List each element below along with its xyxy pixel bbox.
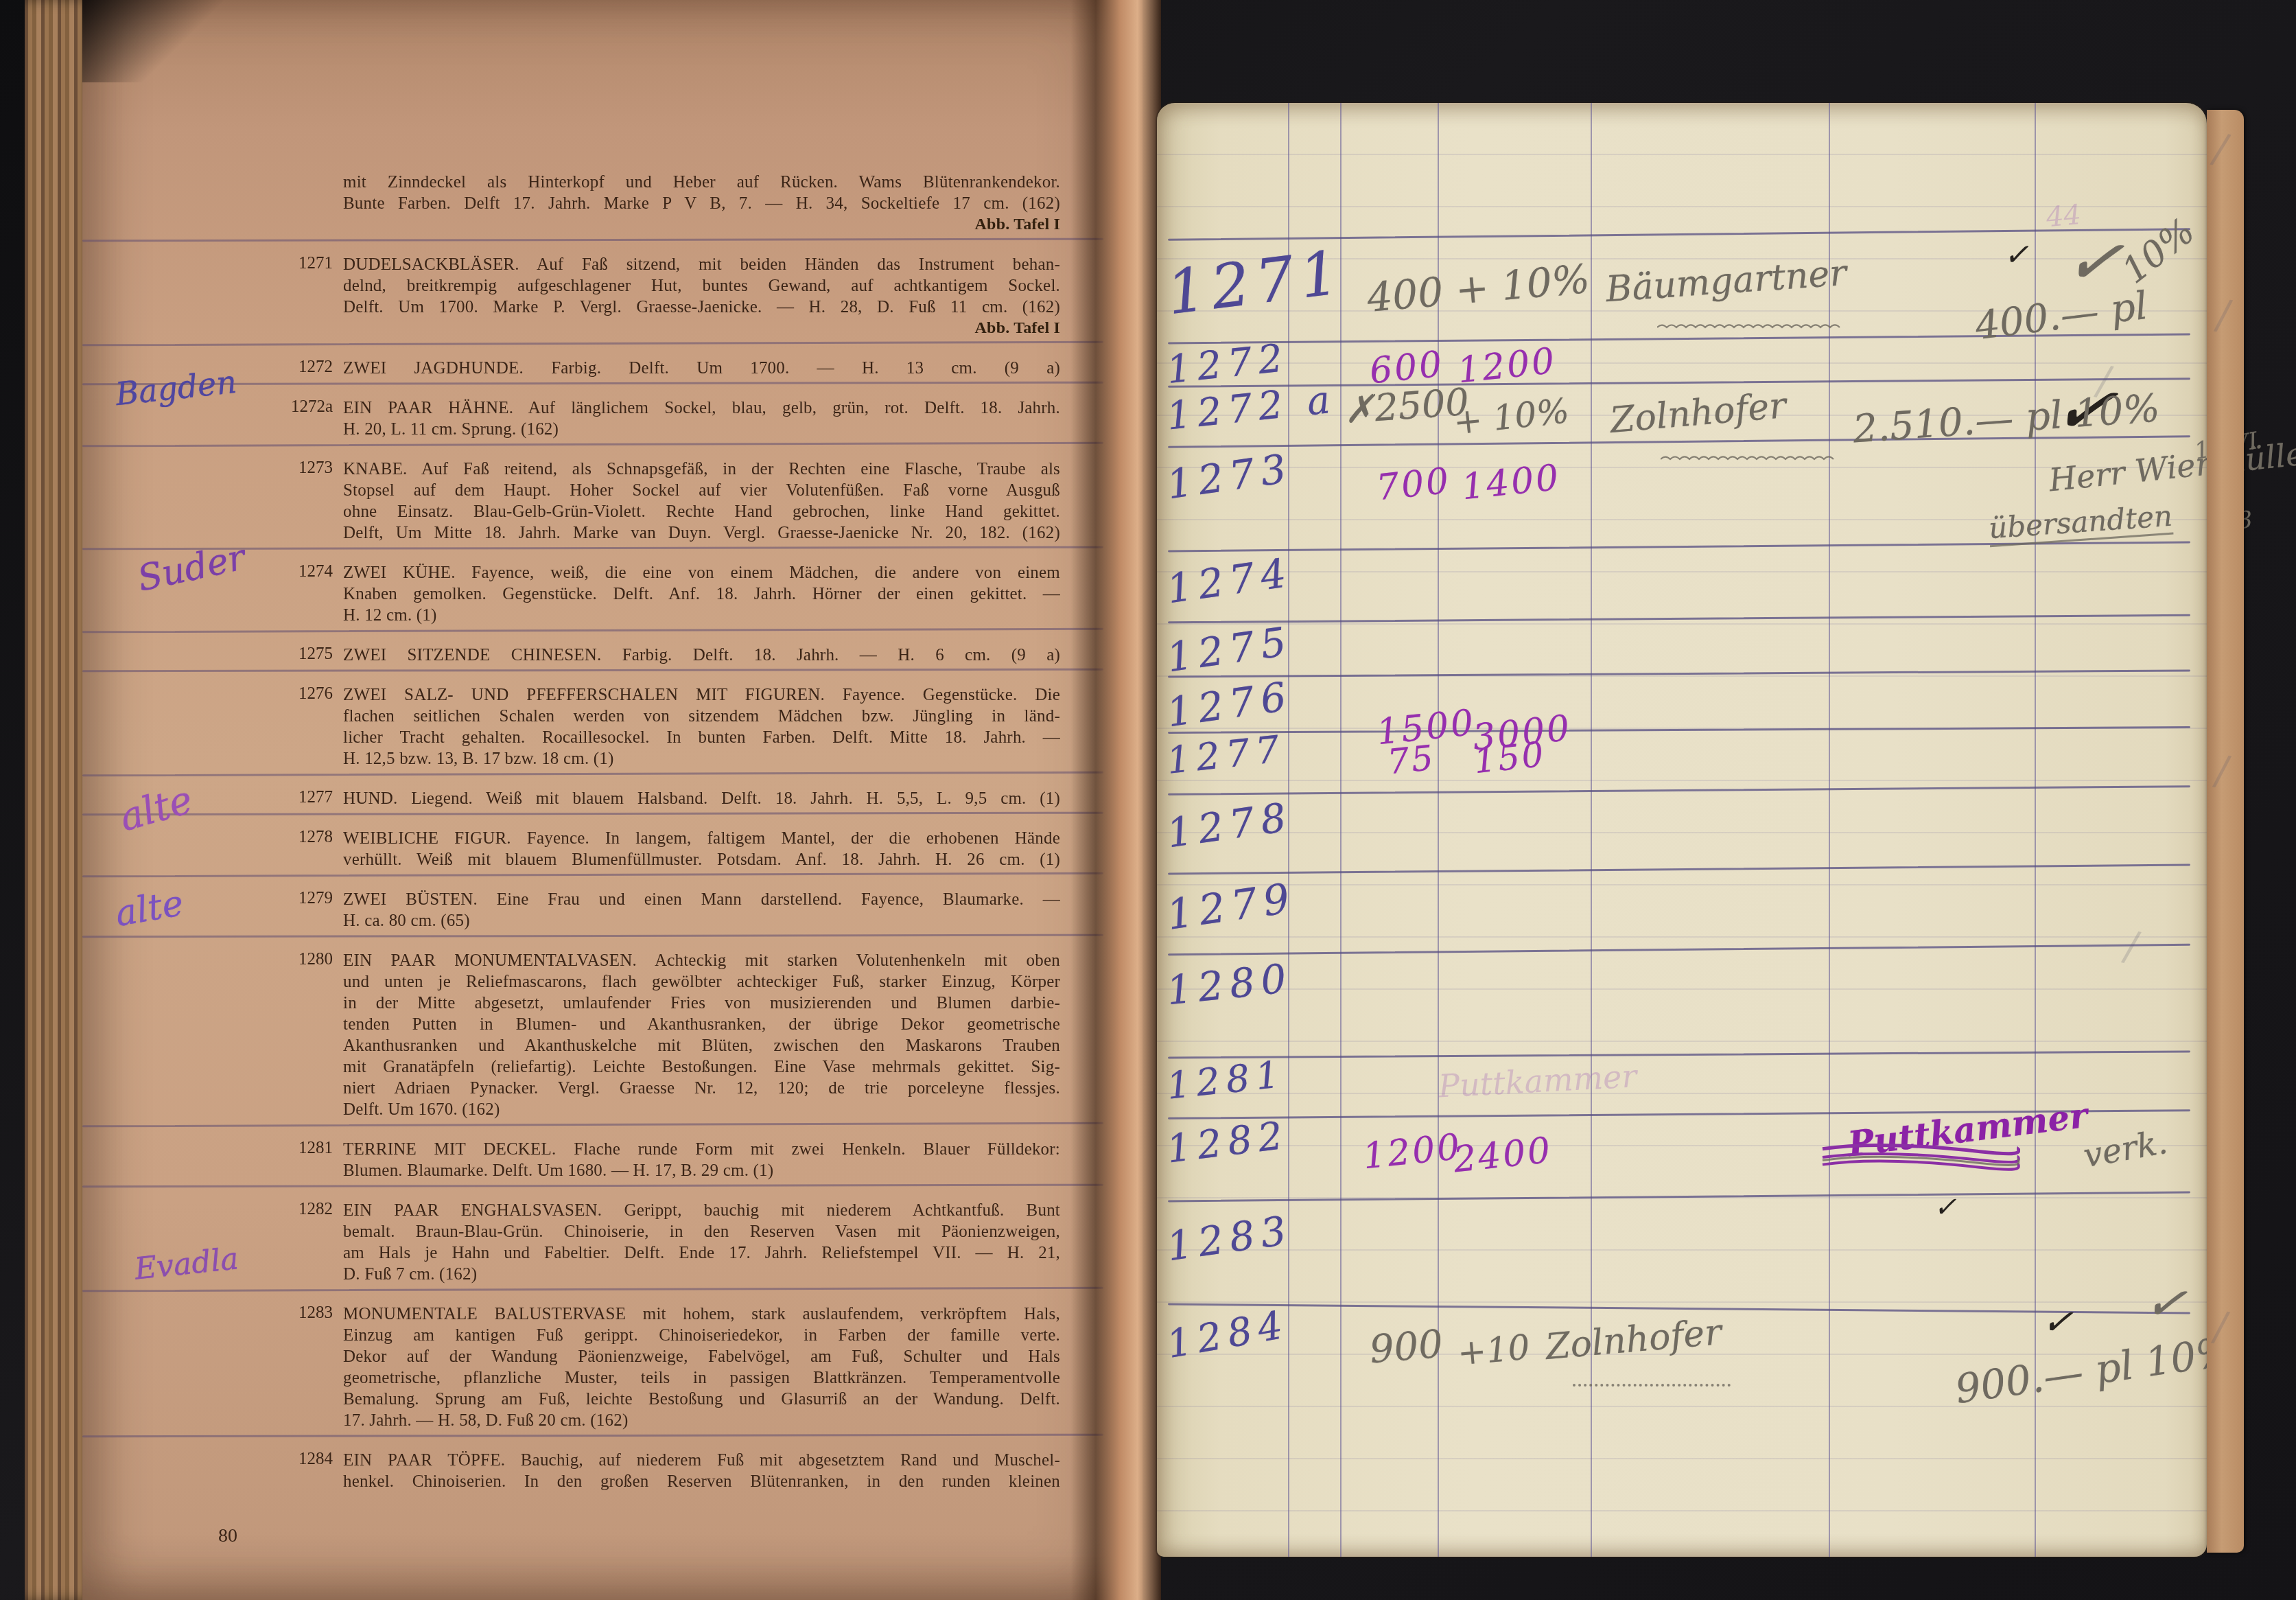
entry-line: H. 12,5 bzw. 13, B. 17 bzw. 18 cm. (1) [343, 748, 1060, 769]
entry-separator-line [82, 442, 1103, 448]
entry-line: WEIBLICHE FIGUR. Fayence. In langem, fal… [343, 828, 1060, 849]
entry-line: licher Tracht gehalten. Rocaillesockel. … [343, 727, 1060, 748]
wavy-underline [1657, 321, 1842, 334]
entry-number: 1272a [263, 397, 333, 417]
handwritten-checkmark-icon: ✓ [1934, 1192, 1957, 1223]
entry-number: 1280 [263, 950, 333, 969]
catalog-page: mit Zinndeckel als Hinterkopf und Heber … [82, 0, 1143, 1600]
entry-line: mit Granatäpfeln (reliefartig). Leichte … [343, 1056, 1060, 1078]
entry-number: 1274 [263, 562, 333, 581]
ledger-row-number: 1271 [1163, 237, 1349, 329]
bleed-through-mark: / [2120, 922, 2143, 972]
entry-line: delnd, breitkrempig aufgeschlagener Hut,… [343, 275, 1060, 297]
entry-line: ohne Einsatz. Blau-Gelb-Grün-Violett. Re… [343, 501, 1060, 522]
bleed-through-mark: / [2211, 746, 2233, 796]
ledger-row-number: 1273 [1164, 445, 1295, 509]
ledger-annotation: + 10% [1451, 391, 1571, 442]
entry-line: ZWEI KÜHE. Fayence, weiß, die eine von e… [343, 562, 1060, 583]
ledger-row-separator [1168, 1050, 2190, 1058]
margin-note: alte [115, 778, 198, 841]
ledger-row-number: 1276 [1164, 673, 1295, 737]
ledger-row-number: 1284 [1164, 1302, 1292, 1367]
entry-separator-line [82, 1434, 1103, 1438]
margin-note: Suder [134, 537, 248, 600]
next-page-edge: //// [2207, 110, 2244, 1553]
entry-separator-line [82, 669, 1103, 673]
entry-line: Akanthusranken und Akanthuskelche mit Bl… [343, 1035, 1060, 1056]
ledger-row-number: 1282 [1164, 1113, 1291, 1172]
entry-number: 1281 [263, 1139, 333, 1158]
entry-line: Dekor auf der Wandung Päonienzweige, Fab… [343, 1346, 1060, 1367]
entry-line: EIN PAAR MONUMENTALVASEN. Achteckig mit … [343, 950, 1060, 971]
ledger-annotation: 1200 [1361, 1126, 1464, 1178]
entry-number: 1271 [263, 254, 333, 273]
bleed-through-mark: / [2208, 124, 2234, 174]
page-number: 80 [218, 1525, 237, 1547]
entry-line: in der Mitte abgesetzt, umlaufender Frie… [343, 993, 1060, 1014]
entry-line: Knaben gemolken. Gegenstücke. Delft. Anf… [343, 583, 1060, 605]
ledger-annotation: Bäumgartner [1604, 253, 1848, 310]
plate-reference: Abb. Tafel I [343, 318, 1060, 339]
ledger-annotation: Puttkammer [1438, 1057, 1638, 1104]
ledger-page: 1271400 + 10%Bäumgartner✓✓10%400.— pl441… [1157, 103, 2207, 1557]
entry-line: flachen seitlichen Schalen werden von si… [343, 706, 1060, 727]
entry-line: Bemalung. Sprung am Fuß, leichte Bestoßu… [343, 1389, 1060, 1410]
ledger-annotation: 2.510.— pl 10% [1851, 386, 2161, 452]
entry-line: H. 20, L. 11 cm. Sprung. (162) [343, 419, 1060, 440]
entry-line: TERRINE MIT DECKEL. Flache runde Form mi… [343, 1139, 1060, 1160]
entry-line: ZWEI SALZ- UND PFEFFERSCHALEN MIT FIGURE… [343, 684, 1060, 706]
ledger-annotation: 900 [1368, 1321, 1444, 1372]
entry-separator-line [82, 238, 1103, 242]
ledger-annotation: 400.— pl [1973, 283, 2150, 349]
entry-line: bemalt. Braun-Blau-Grün. Chinoiserie, in… [343, 1221, 1060, 1242]
ledger-row-number: 1280 [1164, 955, 1295, 1015]
entry-line: HUND. Liegend. Weiß mit blauem Halsband.… [343, 788, 1060, 809]
ledger-annotation: übersandten [1988, 499, 2174, 548]
ledger-annotation: 1400 [1460, 457, 1562, 509]
ledger-annotation: 700 [1374, 461, 1453, 509]
entry-line: henkel. Chinoiserien. In den großen Rese… [343, 1471, 1060, 1492]
ledger-annotation: 150 [1472, 734, 1547, 782]
ledger-row-separator [1168, 944, 2190, 955]
entry-number: 1284 [263, 1450, 333, 1469]
entry-line: und unten je Reliefmascarons, flach gewö… [343, 971, 1060, 993]
entry-line: tenden Putten in Blumen- und Akanthusran… [343, 1014, 1060, 1035]
entry-line: EIN PAAR HÄHNE. Auf länglichem Sockel, b… [343, 397, 1060, 419]
ledger-annotation: +10 [1456, 1327, 1532, 1373]
ledger-row-separator [1168, 1303, 2190, 1314]
entry-line: ZWEI JAGDHUNDE. Farbig. Delft. Um 1700. … [343, 358, 1060, 379]
ledger-annotation: 44 [2045, 199, 2083, 233]
entry-line: ZWEI BÜSTEN. Eine Frau und einen Mann da… [343, 889, 1060, 910]
ledger-row-number: 1283 [1164, 1207, 1295, 1271]
ledger-annotation: 2400 [1451, 1130, 1554, 1181]
entry-line: EIN PAAR ENGHALSVASEN. Gerippt, bauchig … [343, 1200, 1060, 1221]
entry-line: niert Adriaen Pynacker. Vergl. Graesse N… [343, 1078, 1060, 1099]
ledger-annotation: 900.— pl 10% [1952, 1327, 2236, 1413]
ledger-annotation: 400 + 10% [1366, 255, 1592, 321]
entry-line: Delft. Um 1670. (162) [343, 1099, 1060, 1120]
ledger-row-number: 1277 [1164, 727, 1287, 782]
entry-number: 1282 [263, 1200, 333, 1219]
dotted-underline [1573, 1381, 1731, 1387]
ledger-annotation: 75 [1385, 738, 1437, 782]
entry-line: EIN PAAR TÖPFE. Bauchig, auf niederem Fu… [343, 1450, 1060, 1471]
scratched-out-name [1820, 1134, 2020, 1180]
entry-separator-line [82, 872, 1103, 878]
handwritten-checkmark-icon: ✓ [2004, 237, 2029, 273]
entry-line: Stopsel auf dem Haupt. Hoher Sockel auf … [343, 480, 1060, 501]
bleed-through-mark: / [2210, 1302, 2231, 1352]
plate-reference: Abb. Tafel I [343, 214, 1060, 235]
entry-line: Delft. Um 1700. Marke P. Vergl. Graesse-… [343, 297, 1060, 318]
ledger-row-separator [1168, 614, 2190, 623]
ledger-annotation: Zolnhofer [1544, 1312, 1723, 1368]
ledger-row-separator [1168, 863, 2190, 874]
entry-line: Bunte Farben. Delft 17. Jahrh. Marke P V… [343, 193, 1060, 214]
entry-separator-line [82, 628, 1103, 634]
entry-line: geometrische, pflanzliche Muster, teils … [343, 1367, 1060, 1389]
margin-note: alte [113, 883, 187, 935]
ledger-annotation: Zolnhofer [1608, 385, 1788, 441]
entry-line: Blumen. Blaumarke. Delft. Um 1680. — H. … [343, 1160, 1060, 1181]
bleed-through-mark: / [2212, 290, 2234, 340]
ledger-row-number: 1275 [1164, 618, 1295, 682]
handwritten-checkmark-icon: ✓ [2040, 1299, 2075, 1345]
entry-line: D. Fuß 7 cm. (162) [343, 1264, 1060, 1285]
ledger-annotation: ✗2500 [1342, 380, 1471, 432]
entry-number: 1277 [263, 788, 333, 807]
margin-note: Evadla [133, 1241, 240, 1287]
entry-separator-line [82, 772, 1103, 777]
ledger-row-number: 1279 [1164, 874, 1299, 940]
entry-line: DUDELSACKBLÄSER. Auf Faß sitzend, mit be… [343, 254, 1060, 275]
entry-separator-line [82, 1287, 1103, 1292]
entry-separator-line [82, 934, 1103, 938]
entry-separator-line [82, 341, 1103, 347]
handwritten-checkmark-icon: ✓ [2141, 1271, 2190, 1334]
scanned-book-spread: mit Zinndeckel als Hinterkopf und Heber … [0, 0, 2296, 1600]
ledger-row-separator [1168, 726, 2190, 734]
ledger-row-separator [1168, 1191, 2190, 1202]
ledger-annotation: 10% [2115, 211, 2203, 292]
entry-line: am Hals je Hahn und Fabeltier. Delft. En… [343, 1242, 1060, 1264]
ledger-row-number: 1281 [1164, 1052, 1287, 1108]
entry-separator-line [82, 1184, 1103, 1188]
entry-separator-line [82, 812, 1103, 816]
entry-number: 1276 [263, 684, 333, 704]
margin-note: Bagden [114, 363, 239, 413]
entry-number: 1279 [263, 889, 333, 908]
entry-separator-line [82, 1122, 1103, 1128]
book-gutter [1070, 0, 1161, 1600]
entry-line: 17. Jahrh. — H. 58, D. Fuß 20 cm. (162) [343, 1410, 1060, 1431]
ledger-row-number: 1278 [1164, 793, 1295, 857]
entry-line: MONUMENTALE BALUSTERVASE mit hohem, star… [343, 1303, 1060, 1325]
entry-line: verhüllt. Weiß mit blauem Blumenfüllmust… [343, 849, 1060, 870]
entry-line: H. ca. 80 cm. (65) [343, 910, 1060, 931]
entry-line: Delft, Um Mitte 18. Jahrh. Marke van Duy… [343, 522, 1060, 544]
ledger-grid-vline [1340, 103, 1342, 1557]
entry-number: 1278 [263, 828, 333, 847]
entry-number: 1275 [263, 645, 333, 664]
entry-line: H. 12 cm. (1) [343, 605, 1060, 626]
ledger-row-separator [1168, 785, 2190, 796]
entry-number: 1273 [263, 459, 333, 478]
entry-number: 1283 [263, 1303, 333, 1323]
wavy-underline [1661, 453, 1839, 465]
entry-line: KNABE. Auf Faß reitend, als Schnapsgefäß… [343, 459, 1060, 480]
ledger-annotation: verk. [2081, 1123, 2170, 1175]
ledger-row-separator [1168, 669, 2190, 677]
page-corner-shadow [82, 0, 261, 82]
entry-number: 1272 [263, 358, 333, 377]
ledger-row-number: 1274 [1164, 549, 1295, 613]
entry-line: mit Zinndeckel als Hinterkopf und Heber … [343, 172, 1060, 193]
entry-line: ZWEI SITZENDE CHINESEN. Farbig. Delft. 1… [343, 645, 1060, 666]
entry-line: Einzug am kantigen Fuß gerippt. Chinoise… [343, 1325, 1060, 1346]
